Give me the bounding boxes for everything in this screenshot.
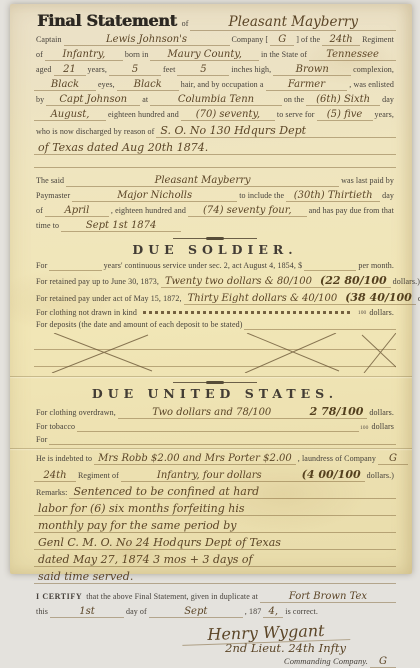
printed-text: dollars.) xyxy=(365,471,396,480)
divider-ornament xyxy=(173,380,257,385)
printed-text: of xyxy=(34,206,45,215)
printed-text: who is now discharged by reason of xyxy=(34,127,156,136)
enlistment-year: (70) seventy, xyxy=(181,109,275,121)
printed-text: ] of the xyxy=(294,35,322,44)
form-row: The saidPleasant Mayberrywas last paid b… xyxy=(34,175,396,187)
form-row: monthly pay for the same period by xyxy=(34,519,396,533)
printed-text: and has pay due from that xyxy=(307,206,396,215)
enlistment-day: (6th) Sixth xyxy=(306,94,380,106)
due-united-states-heading: DUE UNITED STATES. xyxy=(34,386,396,401)
regiment-number: 24th xyxy=(322,34,360,46)
blank-line xyxy=(34,158,396,168)
captain-name: Lewis Johnson's xyxy=(64,34,230,46)
remarks-line: said time served. xyxy=(34,570,396,578)
form-row: CaptainLewis Johnson'sCompany [G] of the… xyxy=(34,34,396,46)
printed-text: at xyxy=(140,95,150,104)
printed-text: feet xyxy=(161,65,177,74)
retained-pay-1873-amount: (22 80/100 xyxy=(316,274,391,288)
printed-text: Captain xyxy=(34,35,64,44)
printed-text: Regiment xyxy=(360,35,396,44)
printed-text: dollars.) xyxy=(391,277,420,286)
deposit-blank-lines xyxy=(34,333,396,373)
clothing-overdrawn-words: Two dollars and 78/100 xyxy=(118,407,306,419)
indebted-words: Infantry, four dollars xyxy=(121,470,298,482)
blank-line xyxy=(49,261,101,271)
section-last-paid: The saidPleasant Mayberrywas last paid b… xyxy=(34,175,396,232)
printed-text: eyes, xyxy=(96,80,117,89)
soldier-name: Pleasant Mayberry xyxy=(66,175,339,187)
form-row: who is now discharged by reason ofS. O. … xyxy=(34,124,396,138)
printed-text: For clothing overdrawn, xyxy=(34,408,118,417)
hair-color: Black xyxy=(117,79,179,91)
printed-text: dollars xyxy=(370,422,396,431)
form-row: 24thRegiment ofInfantry, four dollars(4 … xyxy=(34,468,396,482)
fold-crease xyxy=(10,376,412,377)
retained-pay-1872-amount: (38 40/100 xyxy=(341,291,416,305)
printed-text: For retained pay up to June 30, 1873, xyxy=(34,277,161,286)
blank-line xyxy=(244,320,396,330)
printed-text: of xyxy=(180,19,191,28)
form-row: Genl C. M. O. No 24 Hodqurs Dept of Texa… xyxy=(34,536,396,550)
company-letter: G xyxy=(270,34,294,46)
retained-pay-1872-words: Thirty Eight dollars & 40/100 xyxy=(184,293,342,305)
age: 21 xyxy=(54,64,86,76)
soldier-name: Pleasant Mayberry xyxy=(190,14,396,31)
printed-text: to serve for xyxy=(275,110,317,119)
printed-text: by xyxy=(34,95,46,104)
birth-state: Tennessee xyxy=(309,49,396,61)
indebted-amount: (4 00/100 xyxy=(298,468,365,482)
printed-text: day xyxy=(380,95,396,104)
due-soldier-heading: DUE SOLDIER. xyxy=(34,242,396,257)
remarks-line: Sentenced to be confined at hard xyxy=(69,485,396,499)
form-row: ofInfantry,born inMaury County,in the St… xyxy=(34,49,396,61)
printed-text: years' continuous service under sec. 2, … xyxy=(102,261,305,270)
printed-text: For clothing not drawn in kind xyxy=(34,308,139,317)
company-letter: G xyxy=(378,453,408,465)
printed-text: eighteen hundred and xyxy=(106,110,181,119)
discharge-reason-cont: of Texas dated Aug 20th 1874. xyxy=(34,141,396,155)
form-row: For clothing not drawn in kind100dollars… xyxy=(34,308,396,317)
remarks-line: monthly pay for the same period by xyxy=(34,519,396,533)
title-row: Final StatementofPleasant Mayberry xyxy=(34,11,396,31)
form-row: aged21years,5feet5inches high,Browncompl… xyxy=(34,64,396,76)
printed-text: to include the xyxy=(237,191,286,200)
section-due-soldier: DUE SOLDIER.Foryears' continuous service… xyxy=(34,236,396,373)
printed-text: He is indebted to xyxy=(34,454,94,463)
form-row: Foryears' continuous service under sec. … xyxy=(34,261,396,271)
form-row: For retained pay under act of May 15, 18… xyxy=(34,291,396,305)
printed-text: was last paid by xyxy=(339,176,396,185)
service-term: (5) five xyxy=(317,109,373,121)
laundress-names: Mrs Robb $2.00 and Mrs Porter $2.00 xyxy=(94,453,296,465)
complexion: Brown xyxy=(273,64,351,76)
printed-text: inches high, xyxy=(229,65,273,74)
blank-line xyxy=(77,422,359,432)
discharge-reason: S. O. No 130 Hdqurs Dept xyxy=(156,124,396,138)
form-row: For tobacco100dollars xyxy=(34,422,396,432)
pay-due-to-date: Sept 1st 1874 xyxy=(61,220,181,232)
printed-text: on the xyxy=(282,95,306,104)
enlisting-officer: Capt Johnson xyxy=(46,94,140,106)
printed-text: in the State of xyxy=(259,50,309,59)
paid-to-month: April xyxy=(45,205,109,217)
paid-to-day: (30th) Thirtieth xyxy=(286,190,380,202)
form-row: He is indebted toMrs Robb $2.00 and Mrs … xyxy=(34,453,396,465)
printed-text: For xyxy=(34,435,49,444)
printed-text: years, xyxy=(373,110,396,119)
birth-county: Maury County, xyxy=(150,49,259,61)
printed-text: dollars. xyxy=(367,408,396,417)
printed-text: Remarks: xyxy=(34,488,69,497)
regiment-number: 24th xyxy=(34,470,76,482)
final-statement-document: Final StatementofPleasant MayberryCaptai… xyxy=(10,4,412,574)
cancellation-x-marks xyxy=(34,333,396,373)
occupation: Farmer xyxy=(266,79,348,91)
form-row: time toSept 1st 1874 xyxy=(34,220,396,232)
printed-text: hair, and by occupation a xyxy=(179,80,266,89)
form-body: Final StatementofPleasant MayberryCaptai… xyxy=(34,11,396,578)
printed-text: 100 xyxy=(359,425,370,432)
divider-ornament xyxy=(173,236,257,241)
form-row: August,eighteen hundred and(70) seventy,… xyxy=(34,109,396,121)
clothing-strikeout xyxy=(143,311,353,314)
paid-to-year: (74) seventy four, xyxy=(188,205,307,217)
printed-text: per month. xyxy=(356,261,396,270)
document-title: Final Statement xyxy=(34,11,180,30)
form-row xyxy=(34,158,396,168)
printed-text: , was enlisted xyxy=(347,80,396,89)
printed-text: Company [ xyxy=(230,35,271,44)
paymaster-name: Major Nicholls xyxy=(72,190,237,202)
section-header: Final StatementofPleasant MayberryCaptai… xyxy=(34,11,396,168)
enlistment-place: Columbia Tenn xyxy=(150,94,282,106)
printed-text: aged xyxy=(34,65,54,74)
enlistment-month: August, xyxy=(34,109,106,121)
blank-line xyxy=(49,435,396,445)
form-row: labor for (6) six months forfeiting his xyxy=(34,502,396,516)
form-row: For retained pay up to June 30, 1873,Twe… xyxy=(34,274,396,288)
printed-text: For deposits (the date and amount of eac… xyxy=(34,320,244,329)
form-row: dated May 27, 1874 3 mos + 3 days of xyxy=(34,553,396,567)
printed-text: dollars.) xyxy=(416,294,420,303)
printed-text: The said xyxy=(34,176,66,185)
form-row: ofApril, eighteen hundred and(74) sevent… xyxy=(34,205,396,217)
section-due-united-states: DUE UNITED STATES.For clothing overdrawn… xyxy=(34,380,396,445)
clothing-overdrawn-amount: 2 78/100 xyxy=(306,405,368,419)
form-row: said time served. xyxy=(34,570,396,578)
form-row: PaymasterMajor Nichollsto include the(30… xyxy=(34,190,396,202)
form-row: For xyxy=(34,435,396,445)
printed-text: years, xyxy=(86,65,109,74)
form-row: of Texas dated Aug 20th 1874. xyxy=(34,141,396,155)
printed-text: time to xyxy=(34,221,61,230)
form-row: For deposits (the date and amount of eac… xyxy=(34,320,396,330)
printed-text: For tobacco xyxy=(34,422,77,431)
printed-text: born in xyxy=(123,50,151,59)
printed-text: For xyxy=(34,261,49,270)
printed-text: complexion, xyxy=(351,65,396,74)
form-row: Remarks:Sentenced to be confined at hard xyxy=(34,485,396,499)
printed-text: of xyxy=(34,50,45,59)
height-inches: 5 xyxy=(177,64,229,76)
printed-text: 100 xyxy=(357,310,368,317)
retained-pay-1873-words: Twenty two dollars & 80/100 xyxy=(161,276,316,288)
printed-text: , laundress of Company xyxy=(296,454,378,463)
printed-text: Regiment of xyxy=(76,471,121,480)
printed-text: , eighteen hundred and xyxy=(109,206,188,215)
printed-text: Paymaster xyxy=(34,191,72,200)
blank-line xyxy=(304,261,356,271)
form-row: byCapt JohnsonatColumbia Tennon the(6th)… xyxy=(34,94,396,106)
section-indebted: He is indebted toMrs Robb $2.00 and Mrs … xyxy=(34,453,396,578)
form-row: Blackeyes,Blackhair, and by occupation a… xyxy=(34,79,396,91)
printed-text: dollars. xyxy=(367,308,396,317)
printed-text: day xyxy=(380,191,396,200)
branch: Infantry, xyxy=(45,49,123,61)
remarks-line: Genl C. M. O. No 24 Hodqurs Dept of Texa… xyxy=(34,536,396,550)
eye-color: Black xyxy=(34,79,96,91)
remarks-line: labor for (6) six months forfeiting his xyxy=(34,502,396,516)
printed-text: For retained pay under act of May 15, 18… xyxy=(34,294,184,303)
remarks-line: dated May 27, 1874 3 mos + 3 days of xyxy=(34,553,396,567)
height-feet: 5 xyxy=(109,64,161,76)
fold-crease xyxy=(10,448,412,449)
form-row: For clothing overdrawn,Two dollars and 7… xyxy=(34,405,396,419)
